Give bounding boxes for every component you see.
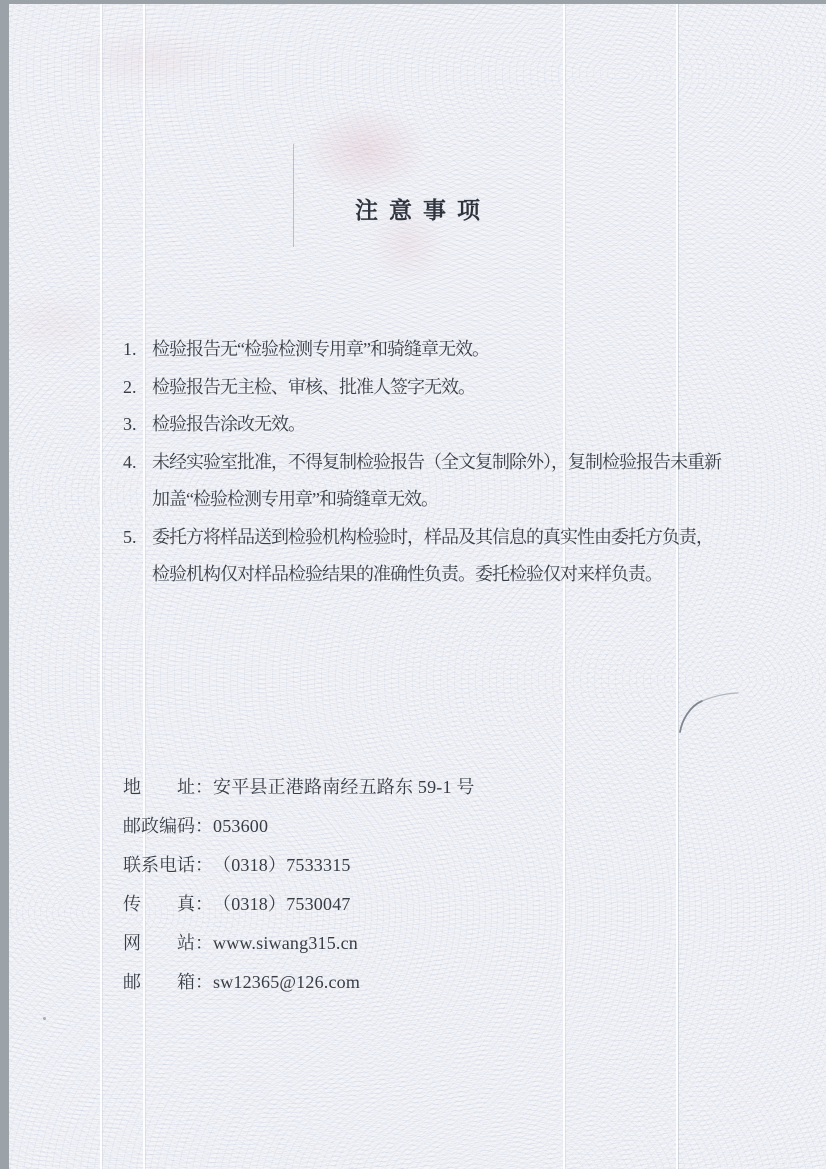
contact-row-address: 地址：安平县正港路南经五路东 59-1 号	[123, 768, 475, 807]
contact-separator: ：	[195, 846, 213, 885]
note-number: 5.	[123, 519, 152, 557]
note-line: 检验报告无主检、审核、批准人签字无效。	[152, 369, 783, 407]
contact-value-email: sw12365@126.com	[213, 972, 360, 992]
note-line: 检验报告涂改无效。	[152, 406, 783, 444]
note-line: 委托方将样品送到检验机构检验时，样品及其信息的真实性由委托方负责，	[152, 519, 783, 557]
contact-separator: ：	[195, 807, 213, 846]
note-text: 检验报告无“检验检测专用章”和骑缝章无效。	[152, 331, 783, 369]
contact-row-phone: 联系电话：（0318）7533315	[123, 846, 475, 885]
contact-label: 地址	[123, 768, 195, 807]
note-line: 检验报告无“检验检测专用章”和骑缝章无效。	[152, 331, 783, 369]
fold-line	[100, 4, 102, 1169]
note-number: 3.	[123, 406, 152, 444]
note-number: 2.	[123, 369, 152, 407]
contact-row-email: 邮箱：sw12365@126.com	[123, 963, 475, 1002]
scan-speck	[43, 1017, 46, 1020]
contact-value-address: 安平县正港路南经五路东 59-1 号	[213, 777, 475, 797]
note-number: 1.	[123, 331, 152, 369]
contact-value-fax: （0318）7530047	[213, 894, 351, 914]
scanned-document-page: { "title": "注意事项", "notes": [ { "num": "…	[0, 0, 826, 1169]
contact-row-fax: 传真：（0318）7530047	[123, 885, 475, 924]
contact-separator: ：	[195, 885, 213, 924]
contact-separator: ：	[195, 963, 213, 1002]
contact-label: 邮箱	[123, 963, 195, 1002]
note-text: 未经实验室批准，不得复制检验报告（全文复制除外），复制检验报告未重新 加盖“检验…	[152, 444, 783, 519]
contact-block: 地址：安平县正港路南经五路东 59-1 号 邮政编码：053600 联系电话：（…	[123, 768, 475, 1002]
crease-mark	[670, 688, 746, 738]
paper-sheet: 注意事项 1. 检验报告无“检验检测专用章”和骑缝章无效。 2. 检验报告无主检…	[9, 4, 826, 1169]
contact-separator: ：	[195, 924, 213, 963]
note-line: 检验机构仅对样品检验结果的准确性负责。委托检验仅对来样负责。	[152, 556, 783, 594]
contact-label: 联系电话	[123, 846, 195, 885]
contact-separator: ：	[195, 768, 213, 807]
note-line: 未经实验室批准，不得复制检验报告（全文复制除外），复制检验报告未重新	[152, 444, 783, 482]
note-item-3: 3. 检验报告涂改无效。	[123, 406, 783, 444]
note-number: 4.	[123, 444, 152, 482]
note-text: 委托方将样品送到检验机构检验时，样品及其信息的真实性由委托方负责， 检验机构仅对…	[152, 519, 783, 594]
contact-value-postal-code: 053600	[213, 816, 268, 836]
contact-label: 邮政编码	[123, 807, 195, 846]
note-text: 检验报告涂改无效。	[152, 406, 783, 444]
note-item-4: 4. 未经实验室批准，不得复制检验报告（全文复制除外），复制检验报告未重新 加盖…	[123, 444, 783, 519]
contact-value-website: www.siwang315.cn	[213, 933, 358, 953]
contact-row-postal-code: 邮政编码：053600	[123, 807, 475, 846]
contact-label: 传真	[123, 885, 195, 924]
notes-list: 1. 检验报告无“检验检测专用章”和骑缝章无效。 2. 检验报告无主检、审核、批…	[123, 331, 783, 594]
contact-label: 网站	[123, 924, 195, 963]
contact-row-website: 网站：www.siwang315.cn	[123, 924, 475, 963]
note-line: 加盖“检验检测专用章”和骑缝章无效。	[152, 481, 783, 519]
page-title: 注意事项	[9, 192, 826, 225]
note-item-2: 2. 检验报告无主检、审核、批准人签字无效。	[123, 369, 783, 407]
note-item-1: 1. 检验报告无“检验检测专用章”和骑缝章无效。	[123, 331, 783, 369]
note-item-5: 5. 委托方将样品送到检验机构检验时，样品及其信息的真实性由委托方负责， 检验机…	[123, 519, 783, 594]
note-text: 检验报告无主检、审核、批准人签字无效。	[152, 369, 783, 407]
contact-value-phone: （0318）7533315	[213, 855, 351, 875]
